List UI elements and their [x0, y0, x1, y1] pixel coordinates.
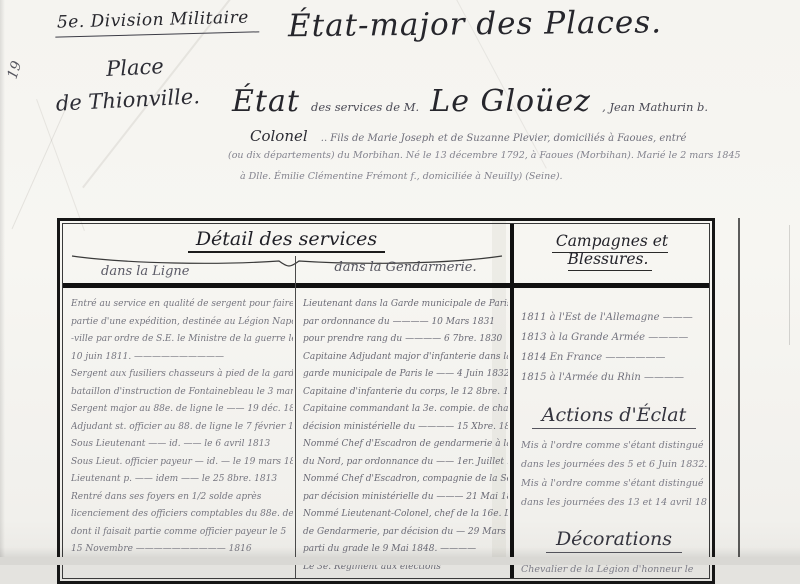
service-table-inner-border: Détail des services dans la Ligne dans l…	[62, 223, 710, 565]
gendarmerie-subcolumn-header: dans la Gendarmerie.	[303, 260, 508, 275]
gendarmerie-entry-line: garde municipale de Paris le —— 4 Juin 1…	[303, 366, 508, 384]
ligne-entry-line: Sous Lieutenant —— id. —— le 6 avril 181…	[71, 436, 293, 454]
page-bottom-shadow	[0, 547, 800, 557]
ligne-entry-line: dont il faisait partie comme officier pa…	[71, 524, 293, 542]
place-line2: de Thionville.	[55, 80, 201, 119]
campaign-entry-line: 1814 En France ——————	[521, 348, 707, 368]
ligne-entry-line: Adjudant st. officier au 88. de ligne le…	[71, 419, 293, 437]
services-header-text: Détail des services	[188, 228, 385, 253]
gendarmerie-entry-line: Lieutenant dans la Garde municipale de P…	[303, 296, 508, 314]
place-name-block: Place de Thionville.	[53, 48, 200, 119]
ligne-entry-line: Entré au service en qualité de sergent p…	[71, 296, 293, 314]
ligne-subcolumn-header: dans la Ligne	[101, 264, 189, 279]
campaign-entry-line: 1811 à l'Est de l'Allemagne ———	[521, 308, 707, 328]
birth-line: (ou dix départements) du Morbihan. Né le…	[228, 150, 741, 161]
campagnes-column: 1811 à l'Est de l'Allemagne ———1813 à la…	[521, 308, 707, 565]
ligne-entry-line: licenciement des officiers comptables du…	[71, 506, 293, 524]
actions-declat-paragraph: Mis à l'ordre comme s'étant distinguédan…	[521, 436, 707, 512]
campagnes-column-header: Campagnes et Blessures.	[515, 232, 705, 268]
etat-word: État	[232, 84, 300, 119]
gendarmerie-entry-line: par ordonnance du ———— 10 Mars 1831	[303, 314, 508, 332]
actions-entry-line: dans les journées des 5 et 6 Juin 1832.	[521, 455, 707, 474]
document-page: 19 5e. Division Militaire Place de Thion…	[0, 0, 800, 565]
ligne-entry-line: 10 juin 1811. ——————————	[71, 349, 293, 367]
officer-name: Le Gloüez	[430, 84, 591, 119]
ligne-gendarmerie-divider	[295, 256, 296, 565]
ligne-entry-line: -ville par ordre de S.E. le Ministre de …	[71, 331, 293, 349]
filiation-text: .. Fils de Marie Joseph et de Suzanne Pl…	[321, 133, 687, 144]
service-record-heading: État des services de M. Le Gloüez , Jean…	[232, 84, 714, 119]
ligne-entries-column: Entré au service en qualité de sergent p…	[71, 296, 293, 559]
campagnes-divider	[510, 224, 514, 565]
ligne-entry-line: Rentré dans ses foyers en 1/2 solde aprè…	[71, 489, 293, 507]
gendarmerie-entry-line: Capitaine Adjudant major d'infanterie da…	[303, 349, 508, 367]
ligne-entry-line: Sergent aux fusiliers chasseurs à pied d…	[71, 366, 293, 384]
actions-entry-line: Mis à l'ordre comme s'étant distingué	[521, 474, 707, 493]
page-right-edge	[789, 225, 790, 345]
margin-annotation: 19	[5, 59, 26, 81]
rank-and-filiation-line: Colonel .. Fils de Marie Joseph et de Su…	[250, 126, 686, 145]
gendarmerie-entry-line: Nommé Chef d'Escadron de gendarmerie à l…	[303, 436, 508, 454]
gendarmerie-entries-column: Lieutenant dans la Garde municipale de P…	[303, 296, 508, 565]
actions-entry-line: Mis à l'ordre comme s'étant distingué	[521, 436, 707, 455]
gendarmerie-entry-line: décision ministérielle du ———— 15 Xbre. …	[303, 419, 508, 437]
gendarmerie-entry-line: du Nord, par ordonnance du —— 1er. Juill…	[303, 454, 508, 472]
right-margin-rule	[738, 218, 740, 565]
actions-declat-title-text: Actions d'Éclat	[532, 404, 696, 429]
gendarmerie-entry-line: Nommé Chef d'Escadron, compagnie de la S…	[303, 471, 508, 489]
services-de-m-text: des services de M.	[311, 100, 419, 114]
actions-entry-line: dans les journées des 13 et 14 avril 183…	[521, 493, 707, 512]
page-bottom-edge	[0, 557, 800, 565]
gendarmerie-entry-line: Nommé Lieutenant-Colonel, chef de la 16e…	[303, 506, 508, 524]
services-column-header: Détail des services	[63, 228, 510, 250]
service-table: Détail des services dans la Ligne dans l…	[57, 218, 715, 565]
gendarmerie-entry-line: pour prendre rang du ———— 6 7bre. 1830	[303, 331, 508, 349]
actions-declat-heading: Actions d'Éclat	[521, 402, 707, 428]
page-title: État-major des Places.	[288, 4, 718, 45]
gendarmerie-entry-line: par décision ministérielle du ——— 21 Mai…	[303, 489, 508, 507]
campaign-entry-line: 1813 à la Grande Armée ————	[521, 328, 707, 348]
marriage-line: à Dlle. Émilie Clémentine Frémont f., do…	[240, 171, 563, 182]
ligne-entry-line: bataillon d'instruction de Fontainebleau…	[71, 384, 293, 402]
officer-name-suffix: , Jean Mathurin b.	[602, 100, 708, 114]
ligne-entry-line: Sous Lieut. officier payeur — id. — le 1…	[71, 454, 293, 472]
campaign-entry-line: 1815 à l'Armée du Rhin ————	[521, 368, 707, 388]
page-left-edge	[0, 0, 5, 565]
gendarmerie-entry-line: de Gendarmerie, par décision du — 29 Mar…	[303, 524, 508, 542]
campagnes-header-text: Campagnes et Blessures.	[552, 232, 668, 271]
fold-crease	[12, 101, 70, 229]
header-separator-band	[63, 283, 709, 288]
division-header: 5e. Division Militaire	[55, 7, 259, 37]
gendarmerie-entry-line: Capitaine d'infanterie du corps, le 12 8…	[303, 384, 508, 402]
gendarmerie-entry-line: Capitaine commandant la 3e. compie. de c…	[303, 401, 508, 419]
rank-label: Colonel	[250, 127, 308, 145]
ligne-entry-line: Lieutenant p. —— idem —— le 25 8bre. 181…	[71, 471, 293, 489]
place-line1: Place	[105, 48, 199, 85]
ligne-entry-line: partie d'une expédition, destinée au Lég…	[71, 314, 293, 332]
campaign-list: 1811 à l'Est de l'Allemagne ———1813 à la…	[521, 308, 707, 388]
ligne-entry-line: Sergent major au 88e. de ligne le —— 19 …	[71, 401, 293, 419]
